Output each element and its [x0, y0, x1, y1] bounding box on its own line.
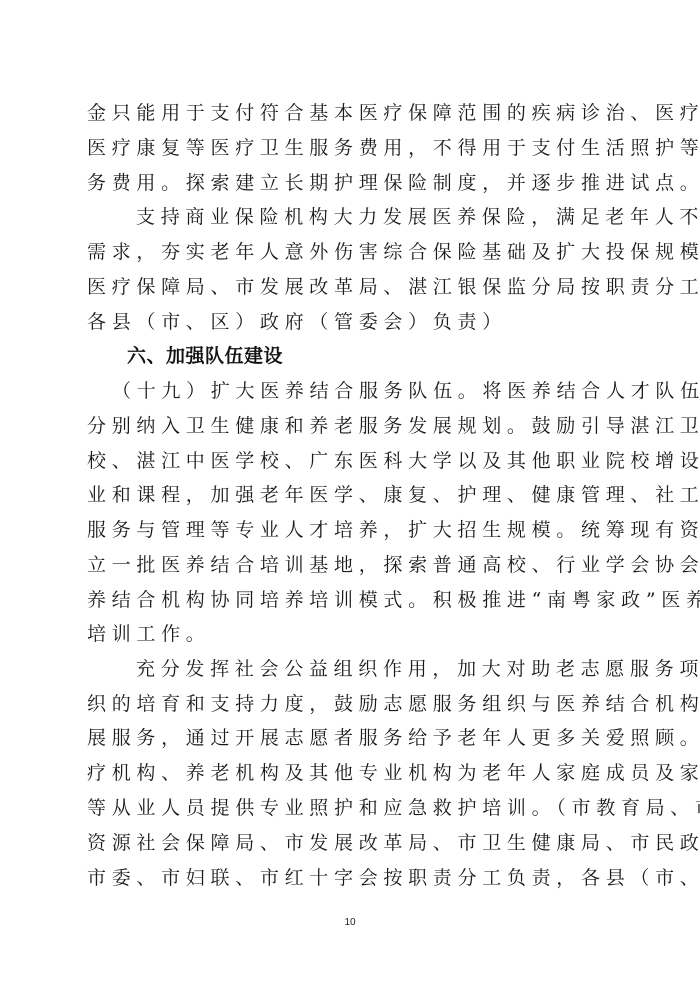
text-line: 织的培育和支持力度，鼓励志愿服务组织与医养结合机构结对开	[87, 689, 609, 719]
text-line: 各县（市、区）政府（管委会）负责）	[87, 307, 609, 337]
text-line: 校、湛江中医学校、广东医科大学以及其他职业院校增设相关专	[87, 446, 609, 476]
text-line: 务费用。探索建立长期护理保险制度，并逐步推进试点。	[87, 168, 609, 198]
page-number: 10	[340, 917, 360, 928]
document-page: 金只能用于支付符合基本医疗保障范围的疾病诊治、医疗护理、 医疗康复等医疗卫生服务…	[0, 0, 700, 990]
paragraph-first-line: 支持商业保险机构大力发展医养保险，满足老年人不同层次	[136, 202, 609, 232]
text-line: 培训工作。	[87, 619, 609, 649]
text-line: 资源社会保障局、市发展改革局、市卫生健康局、市民政局、团	[87, 828, 609, 858]
text-line: 等从业人员提供专业照护和应急救护培训。（市教育局、市人力	[87, 793, 609, 823]
text-line: 立一批医养结合培训基地，探索普通高校、行业学会协会等与医	[87, 550, 609, 580]
text-line: 服务与管理等专业人才培养，扩大招生规模。统筹现有资源，设	[87, 515, 609, 545]
text-line: 市委、市妇联、市红十字会按职责分工负责，各县（市、区）政	[87, 863, 609, 893]
paragraph-first-line: 充分发挥社会公益组织作用，加大对助老志愿服务项目和组	[136, 654, 609, 684]
text-line: 医疗保障局、市发展改革局、湛江银保监分局按职责分工负责，	[87, 272, 609, 302]
text-line: 医疗康复等医疗卫生服务费用，不得用于支付生活照护等养老服	[87, 133, 609, 163]
text-line: 养结合机构协同培养培训模式。积极推进“南粤家政”医养护理	[87, 585, 609, 615]
text-line: 业和课程，加强老年医学、康复、护理、健康管理、社工、老年	[87, 480, 609, 510]
paragraph-first-line: （十九）扩大医养结合服务队伍。将医养结合人才队伍建设	[112, 376, 609, 406]
text-line: 疗机构、养老机构及其他专业机构为老年人家庭成员及家政服务	[87, 758, 609, 788]
text-line: 展服务，通过开展志愿者服务给予老年人更多关爱照顾。鼓励医	[87, 723, 609, 753]
text-line: 金只能用于支付符合基本医疗保障范围的疾病诊治、医疗护理、	[87, 98, 609, 128]
text-line: 需求，夯实老年人意外伤害综合保险基础及扩大投保规模。（市	[87, 237, 609, 267]
text-line: 分别纳入卫生健康和养老服务发展规划。鼓励引导湛江卫生学	[87, 411, 609, 441]
section-heading: 六、加强队伍建设	[127, 341, 649, 371]
